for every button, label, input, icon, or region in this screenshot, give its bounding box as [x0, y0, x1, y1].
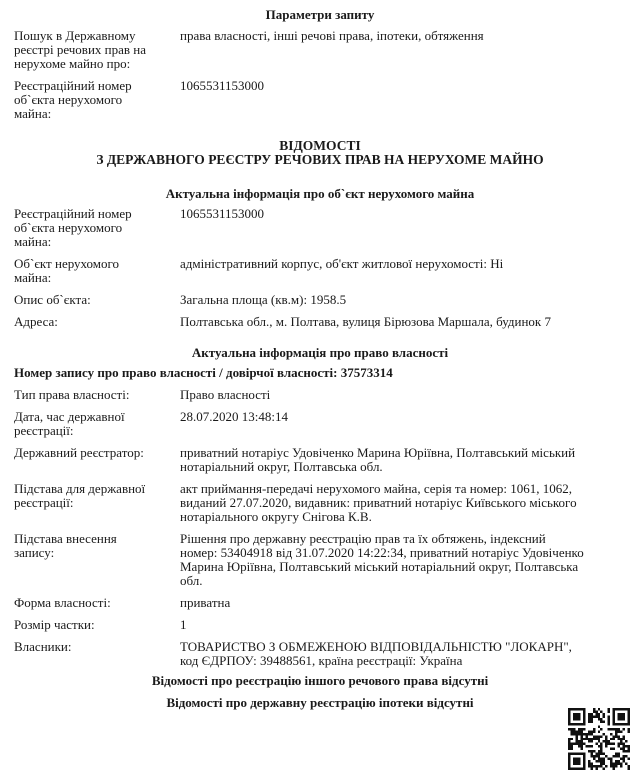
- query-row-label: Реєстраційний номер об`єкта нерухомого м…: [14, 79, 154, 121]
- ownership-title: Актуальна інформація про право власності: [14, 346, 626, 360]
- ownership-row: Підстава для державної реєстрації: акт п…: [14, 482, 626, 524]
- object-row-value: Загальна площа (кв.м): 1958.5: [180, 293, 626, 307]
- ownership-row: Власники: ТОВАРИСТВО З ОБМЕЖЕНОЮ ВІДПОВІ…: [14, 640, 626, 668]
- ownership-row: Розмір частки: 1: [14, 618, 626, 632]
- record-number-value: 37573314: [341, 365, 393, 380]
- ownership-row-label: Розмір частки:: [14, 618, 180, 632]
- object-row-value: 1065531153000: [180, 207, 626, 249]
- ownership-row-value: ТОВАРИСТВО З ОБМЕЖЕНОЮ ВІДПОВІДАЛЬНІСТЮ …: [180, 640, 626, 668]
- ownership-row-value: 28.07.2020 13:48:14: [180, 410, 626, 438]
- ownership-row-value: приватний нотаріус Удовіченко Марина Юрі…: [180, 446, 626, 474]
- object-row: Об`єкт нерухомого майна: адміністративни…: [14, 257, 626, 285]
- query-row-value: права власності, інші речові права, іпот…: [180, 29, 626, 71]
- absent-note-other-rights: Відомості про реєстрацію іншого речового…: [14, 674, 626, 688]
- ownership-row-label: Підстава внесення запису:: [14, 532, 144, 588]
- record-number-line: Номер запису про право власності / довір…: [14, 366, 626, 380]
- query-row-label: Пошук в Державному реєстрі речових прав …: [14, 29, 164, 71]
- ownership-row-value: приватна: [180, 596, 626, 610]
- ownership-row: Тип права власності: Право власності: [14, 388, 626, 402]
- query-row: Реєстраційний номер об`єкта нерухомого м…: [14, 79, 626, 121]
- query-params-title: Параметри запиту: [14, 8, 626, 22]
- absent-note-mortgage: Відомості про державну реєстрацію іпотек…: [14, 696, 626, 710]
- object-row: Адреса: Полтавська обл., м. Полтава, вул…: [14, 315, 626, 329]
- ownership-row-label: Підстава для державної реєстрації:: [14, 482, 164, 524]
- object-info-title: Актуальна інформація про об`єкт нерухомо…: [14, 187, 626, 201]
- object-row: Опис об`єкта: Загальна площа (кв.м): 195…: [14, 293, 626, 307]
- heading-line-1: ВІДОМОСТІ: [14, 139, 626, 153]
- ownership-row: Підстава внесення запису: Рішення про де…: [14, 532, 626, 588]
- document-heading: ВІДОМОСТІ З ДЕРЖАВНОГО РЕЄСТРУ РЕЧОВИХ П…: [14, 139, 626, 167]
- object-row-label: Об`єкт нерухомого майна:: [14, 257, 154, 285]
- ownership-row: Дата, час державної реєстрації: 28.07.20…: [14, 410, 626, 438]
- ownership-section: Актуальна інформація про право власності…: [14, 346, 626, 718]
- object-info-section: Актуальна інформація про об`єкт нерухомо…: [14, 187, 626, 335]
- ownership-row: Форма власності: приватна: [14, 596, 626, 610]
- object-row-label: Опис об`єкта:: [14, 293, 180, 307]
- ownership-row-label: Форма власності:: [14, 596, 180, 610]
- query-row-value: 1065531153000: [180, 79, 626, 121]
- ownership-row-value: Рішення про державну реєстрацію прав та …: [180, 532, 626, 588]
- object-row-label: Реєстраційний номер об`єкта нерухомого м…: [14, 207, 154, 249]
- ownership-row-label: Державний реєстратор:: [14, 446, 180, 474]
- ownership-row-label: Дата, час державної реєстрації:: [14, 410, 154, 438]
- qr-code-icon: [568, 708, 630, 770]
- object-row: Реєстраційний номер об`єкта нерухомого м…: [14, 207, 626, 249]
- object-row-value: Полтавська обл., м. Полтава, вулиця Бірю…: [180, 315, 626, 329]
- record-number-label: Номер запису про право власності / довір…: [14, 365, 338, 380]
- ownership-row-value: Право власності: [180, 388, 626, 402]
- query-params-section: Параметри запиту Пошук в Державному реєс…: [14, 8, 626, 127]
- ownership-row-label: Тип права власності:: [14, 388, 180, 402]
- ownership-row-label: Власники:: [14, 640, 180, 668]
- ownership-row-value: акт приймання-передачі нерухомого майна,…: [180, 482, 626, 524]
- query-row: Пошук в Державному реєстрі речових прав …: [14, 29, 626, 71]
- object-row-label: Адреса:: [14, 315, 180, 329]
- ownership-row: Державний реєстратор: приватний нотаріус…: [14, 446, 626, 474]
- ownership-row-value: 1: [180, 618, 626, 632]
- heading-line-2: З ДЕРЖАВНОГО РЕЄСТРУ РЕЧОВИХ ПРАВ НА НЕР…: [14, 153, 626, 167]
- object-row-value: адміністративний корпус, об'єкт житлової…: [180, 257, 626, 285]
